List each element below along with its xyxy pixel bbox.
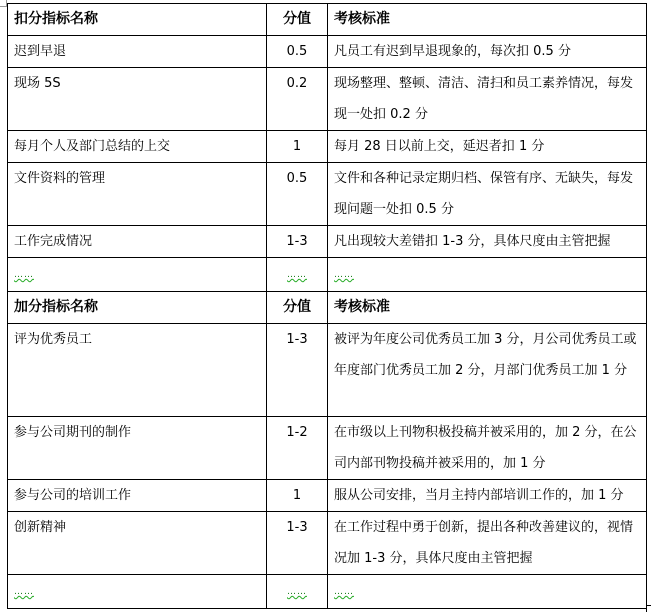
standard-cell[interactable]: 每月 28 日以前上交，延迟者扣 1 分 bbox=[328, 131, 647, 163]
bonus-table-row: 参与公司的培训工作1服从公司安排，当月主持内部培训工作的，加 1 分 bbox=[8, 480, 647, 512]
deduction-table-row: 工作完成情况1-3凡出现较大差错扣 1-3 分，具体尺度由主管把握 bbox=[8, 226, 647, 258]
standard-cell[interactable]: 文件和各种记录定期归档、保管有序、无缺失，每发现问题一处扣 0.5 分 bbox=[328, 163, 647, 226]
deduction-table-row: 文件资料的管理0.5文件和各种记录定期归档、保管有序、无缺失，每发现问题一处扣 … bbox=[8, 163, 647, 226]
bonus-table-row: ……………… bbox=[8, 575, 647, 609]
header-score-cell-text: 分值 bbox=[283, 299, 311, 315]
standard-cell-text: …… bbox=[334, 587, 354, 597]
standard-cell[interactable]: 在市级以上刊物积极投稿并被采用的，加 2 分，在公司内部刊物投稿并被采用的，加 … bbox=[328, 417, 647, 480]
score-cell[interactable]: 1-2 bbox=[267, 417, 328, 480]
header-score-cell[interactable]: 分值 bbox=[267, 292, 328, 324]
bonus-header-row: 加分指标名称分值考核标准 bbox=[8, 292, 647, 324]
indicator-name-cell-text: …… bbox=[14, 587, 34, 597]
standard-cell-text: 凡员工有迟到早退现象的，每次扣 0.5 分 bbox=[334, 44, 571, 59]
indicator-name-cell[interactable]: 工作完成情况 bbox=[8, 226, 267, 258]
score-cell[interactable]: 1-3 bbox=[267, 324, 328, 417]
standard-cell-text: 被评为年度公司优秀员工加 3 分，月公司优秀员工或年度部门优秀员工加 2 分，月… bbox=[334, 332, 637, 378]
standard-cell-text: 服从公司安排，当月主持内部培训工作的，加 1 分 bbox=[334, 488, 624, 503]
deduction-table-row: ……………… bbox=[8, 258, 647, 292]
score-cell-text: …… bbox=[287, 270, 307, 280]
header-standard-cell-text: 考核标准 bbox=[334, 11, 390, 27]
score-cell-text: 1-3 bbox=[286, 520, 307, 535]
standard-cell-text: …… bbox=[334, 270, 354, 280]
deduction-header-row: 扣分指标名称分值考核标准 bbox=[8, 4, 647, 36]
score-cell-text: 1-3 bbox=[286, 332, 307, 347]
header-standard-cell-text: 考核标准 bbox=[334, 299, 390, 315]
indicator-name-cell-text: 评为优秀员工 bbox=[14, 332, 92, 347]
header-name-cell[interactable]: 扣分指标名称 bbox=[8, 4, 267, 36]
header-standard-cell[interactable]: 考核标准 bbox=[328, 292, 647, 324]
deduction-table-row: 迟到早退0.5凡员工有迟到早退现象的，每次扣 0.5 分 bbox=[8, 36, 647, 68]
indicator-name-cell-text: 参与公司的培训工作 bbox=[14, 488, 131, 503]
indicator-name-cell[interactable]: 每月个人及部门总结的上交 bbox=[8, 131, 267, 163]
score-cell-text: …… bbox=[287, 587, 307, 597]
indicator-name-cell[interactable]: 创新精神 bbox=[8, 512, 267, 575]
score-cell[interactable]: …… bbox=[267, 575, 328, 609]
score-cell-text: 0.5 bbox=[287, 171, 308, 186]
page-corner-mark bbox=[0, 0, 7, 7]
indicator-name-cell-text: 文件资料的管理 bbox=[14, 171, 105, 186]
indicator-name-cell-text: 迟到早退 bbox=[14, 44, 66, 59]
score-cell[interactable]: 0.5 bbox=[267, 163, 328, 226]
indicator-name-cell[interactable]: 文件资料的管理 bbox=[8, 163, 267, 226]
score-cell[interactable]: 0.5 bbox=[267, 36, 328, 68]
indicator-name-cell[interactable]: 评为优秀员工 bbox=[8, 324, 267, 417]
bonus-table-row: 创新精神1-3在工作过程中勇于创新，提出各种改善建议的，视情况加 1-3 分，具… bbox=[8, 512, 647, 575]
score-cell[interactable]: 1 bbox=[267, 480, 328, 512]
indicator-name-cell-text: …… bbox=[14, 270, 34, 280]
standard-cell[interactable]: …… bbox=[328, 258, 647, 292]
header-name-cell[interactable]: 加分指标名称 bbox=[8, 292, 267, 324]
indicator-name-cell[interactable]: 参与公司的培训工作 bbox=[8, 480, 267, 512]
score-cell[interactable]: 0.2 bbox=[267, 68, 328, 131]
score-cell-text: 0.5 bbox=[287, 44, 308, 59]
indicator-name-cell[interactable]: 迟到早退 bbox=[8, 36, 267, 68]
score-cell-text: 1-3 bbox=[286, 234, 307, 249]
standard-cell[interactable]: 凡员工有迟到早退现象的，每次扣 0.5 分 bbox=[328, 36, 647, 68]
score-cell-text: 0.2 bbox=[287, 76, 308, 91]
indicator-name-cell-text: 每月个人及部门总结的上交 bbox=[14, 139, 170, 154]
header-standard-cell[interactable]: 考核标准 bbox=[328, 4, 647, 36]
standard-cell[interactable]: 被评为年度公司优秀员工加 3 分，月公司优秀员工或年度部门优秀员工加 2 分，月… bbox=[328, 324, 647, 417]
indicator-name-cell[interactable]: 现场 5S bbox=[8, 68, 267, 131]
standard-cell[interactable]: …… bbox=[328, 575, 647, 609]
assessment-table: 扣分指标名称分值考核标准迟到早退0.5凡员工有迟到早退现象的，每次扣 0.5 分… bbox=[7, 3, 647, 609]
standard-cell[interactable]: 凡出现较大差错扣 1-3 分，具体尺度由主管把握 bbox=[328, 226, 647, 258]
score-cell[interactable]: 1-3 bbox=[267, 512, 328, 575]
deduction-table-row: 每月个人及部门总结的上交1每月 28 日以前上交，延迟者扣 1 分 bbox=[8, 131, 647, 163]
header-name-cell-text: 加分指标名称 bbox=[14, 299, 98, 315]
indicator-name-cell-text: 创新精神 bbox=[14, 520, 66, 535]
header-score-cell[interactable]: 分值 bbox=[267, 4, 328, 36]
score-cell[interactable]: …… bbox=[267, 258, 328, 292]
score-cell-text: 1-2 bbox=[286, 425, 307, 440]
standard-cell-text: 在市级以上刊物积极投稿并被采用的，加 2 分，在公司内部刊物投稿并被采用的，加 … bbox=[334, 425, 637, 471]
indicator-name-cell[interactable]: …… bbox=[8, 258, 267, 292]
standard-cell[interactable]: 服从公司安排，当月主持内部培训工作的，加 1 分 bbox=[328, 480, 647, 512]
score-cell-text: 1 bbox=[293, 488, 301, 503]
indicator-name-cell-text: 现场 5S bbox=[14, 76, 61, 91]
score-cell[interactable]: 1 bbox=[267, 131, 328, 163]
standard-cell[interactable]: 现场整理、整顿、清洁、清扫和员工素养情况，每发现一处扣 0.2 分 bbox=[328, 68, 647, 131]
standard-cell-text: 文件和各种记录定期归档、保管有序、无缺失，每发现问题一处扣 0.5 分 bbox=[334, 171, 633, 217]
standard-cell[interactable]: 在工作过程中勇于创新，提出各种改善建议的，视情况加 1-3 分，具体尺度由主管把… bbox=[328, 512, 647, 575]
indicator-name-cell[interactable]: …… bbox=[8, 575, 267, 609]
indicator-name-cell-text: 参与公司期刊的制作 bbox=[14, 425, 131, 440]
deduction-table-row: 现场 5S0.2现场整理、整顿、清洁、清扫和员工素养情况，每发现一处扣 0.2 … bbox=[8, 68, 647, 131]
header-score-cell-text: 分值 bbox=[283, 11, 311, 27]
score-cell-text: 1 bbox=[293, 139, 301, 154]
indicator-name-cell-text: 工作完成情况 bbox=[14, 234, 92, 249]
bonus-table-row: 评为优秀员工1-3被评为年度公司优秀员工加 3 分，月公司优秀员工或年度部门优秀… bbox=[8, 324, 647, 417]
indicator-name-cell[interactable]: 参与公司期刊的制作 bbox=[8, 417, 267, 480]
standard-cell-text: 在工作过程中勇于创新，提出各种改善建议的，视情况加 1-3 分，具体尺度由主管把… bbox=[334, 520, 633, 566]
score-cell[interactable]: 1-3 bbox=[267, 226, 328, 258]
standard-cell-text: 凡出现较大差错扣 1-3 分，具体尺度由主管把握 bbox=[334, 234, 611, 249]
standard-cell-text: 现场整理、整顿、清洁、清扫和员工素养情况，每发现一处扣 0.2 分 bbox=[334, 76, 633, 122]
header-name-cell-text: 扣分指标名称 bbox=[14, 11, 98, 27]
bonus-table-row: 参与公司期刊的制作1-2在市级以上刊物积极投稿并被采用的，加 2 分，在公司内部… bbox=[8, 417, 647, 480]
standard-cell-text: 每月 28 日以前上交，延迟者扣 1 分 bbox=[334, 139, 544, 154]
